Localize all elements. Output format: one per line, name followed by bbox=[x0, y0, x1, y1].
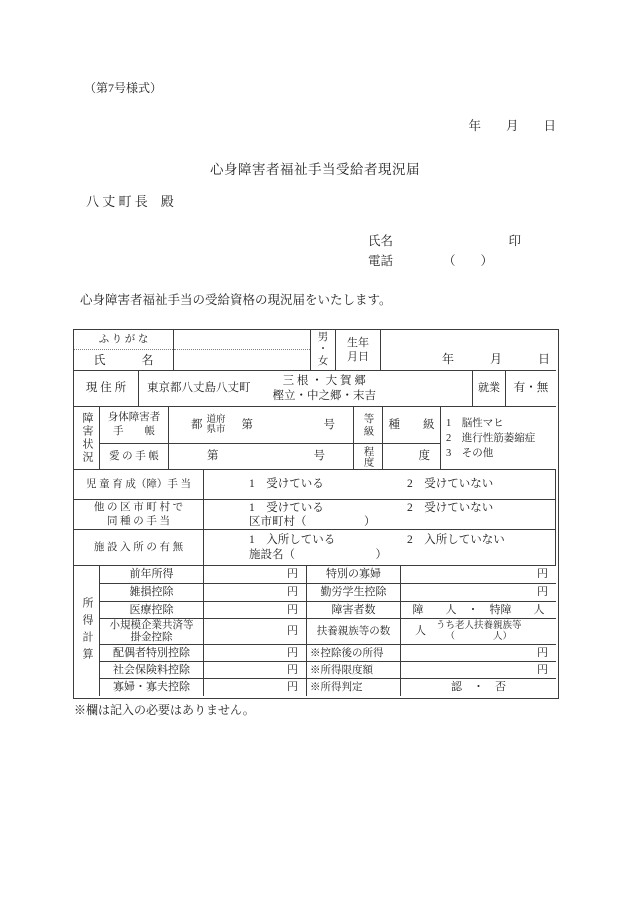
facility-option-line: 1 入所している 2 入所していない bbox=[249, 533, 505, 548]
birthdate-label-cell: 生年 月日 bbox=[336, 330, 381, 371]
name-label: 氏名 bbox=[368, 231, 393, 249]
other-city-opt2: 2 受けていない bbox=[407, 501, 493, 515]
degree-label: 程度 bbox=[361, 446, 376, 467]
shintai-techo-label-cell: 身体障害者 手 帳 bbox=[100, 407, 169, 444]
address-cell: 東京都八丈島八丈町 三 根 ・ 大 賀 郷 樫立・中之郷・末吉 bbox=[139, 371, 473, 407]
address-area-line1: 三 根 ・ 大 賀 郷 bbox=[273, 374, 377, 389]
date-line: 年 月 日 bbox=[468, 116, 556, 134]
disability-section-cell: 障害状況 bbox=[74, 407, 100, 470]
facility-label-cell: 施 設 入 所 の 有 無 bbox=[74, 530, 204, 566]
income-unit-cell: 円 bbox=[204, 645, 307, 662]
income-item-cell: 配偶者特別控除 bbox=[100, 645, 204, 662]
birthdate-blank-cell: 年 月 日 bbox=[381, 330, 556, 371]
income-item-cell: 社会保険料控除 bbox=[100, 662, 204, 679]
jido-opt2: 2 受けていない bbox=[407, 477, 493, 492]
income-unit-cell: 円 bbox=[204, 602, 307, 619]
income-value-cell: 円 bbox=[401, 584, 556, 602]
income-value-cell: 円 bbox=[401, 645, 556, 662]
jido-options-cell: 1 受けている 2 受けていない bbox=[204, 470, 556, 500]
document-page: （第7号様式） 年 月 日 心身障害者福祉手当受給者現況届 八 丈 町 長 殿 … bbox=[0, 0, 630, 915]
income-unit-cell: 円 bbox=[204, 679, 307, 696]
addressee: 八 丈 町 長 殿 bbox=[86, 191, 174, 210]
income-item-cell: 前年所得 bbox=[100, 566, 204, 584]
jido-label-cell: 児 童 育 成（障）手 当 bbox=[74, 470, 204, 500]
facility-sub: 施設名（ ） bbox=[249, 548, 387, 563]
form-number: （第7号様式） bbox=[84, 79, 162, 96]
income-label2-cell: ※所得判定 bbox=[307, 679, 401, 696]
dependents-count: 人 bbox=[415, 624, 426, 639]
techo-dofu-kenshi: 道府 県市 bbox=[207, 415, 226, 436]
footnote: ※欄は記入の必要はありません。 bbox=[74, 701, 255, 718]
other-city-sub: 区市町村（ ） bbox=[249, 515, 376, 529]
other-city-option-line: 1 受けている 2 受けていない bbox=[249, 501, 493, 515]
seal-label: 印 bbox=[508, 231, 521, 249]
address-area-line2: 樫立・中之郷・末吉 bbox=[273, 389, 377, 404]
income-value-cell: 障 人 ・ 特障 人 bbox=[401, 602, 556, 619]
techo-to: 都 bbox=[191, 418, 203, 433]
income-item-cell: 小規模企業共済等 掛金控除 bbox=[100, 619, 204, 645]
jido-opt1: 1 受けている bbox=[249, 477, 407, 492]
income-label2-cell: ※控除後の所得 bbox=[307, 645, 401, 662]
degree-blank-cell: 度 bbox=[383, 444, 441, 470]
furigana-label: ふ り が な bbox=[74, 330, 173, 350]
ai-go: 号 bbox=[314, 449, 326, 464]
income-label2-cell: 勤労学生控除 bbox=[307, 584, 401, 602]
income-value-cell: 円 bbox=[401, 662, 556, 679]
name-seal-line: 氏名 印 bbox=[368, 231, 521, 249]
facility-options-cell: 1 入所している 2 入所していない 施設名（ ） bbox=[204, 530, 556, 566]
ai-dai: 第 bbox=[207, 449, 219, 464]
grade-label: 等級 bbox=[361, 413, 376, 438]
page-title: 心身障害者福祉手当受給者現況届 bbox=[0, 158, 630, 178]
techo-go: 号 bbox=[324, 418, 336, 433]
income-unit-cell: 円 bbox=[204, 566, 307, 584]
employment-label-cell: 就業 bbox=[473, 371, 506, 407]
techo-dai: 第 bbox=[242, 418, 254, 433]
employment-options-cell: 有・無 bbox=[506, 371, 556, 407]
income-item-cell: 寡婦・寡夫控除 bbox=[100, 679, 204, 696]
name-input-cell bbox=[174, 330, 311, 371]
income-section-label: 所得計算 bbox=[79, 597, 94, 665]
phone-label: 電話 bbox=[368, 251, 393, 269]
degree-label-cell: 程度 bbox=[354, 444, 383, 470]
phone-line: 電話 （ ） bbox=[368, 251, 493, 269]
sex-cell: 男 ・ 女 bbox=[311, 330, 336, 371]
income-item-cell: 医療控除 bbox=[100, 602, 204, 619]
address-prefix: 東京都八丈島八丈町 bbox=[147, 381, 251, 396]
disability-types-cell: 1 脳性マヒ 2 進行性筋萎縮症 3 その他 bbox=[441, 407, 556, 470]
facility-opt1: 1 入所している bbox=[249, 533, 407, 548]
grade-label-cell: 等級 bbox=[354, 407, 383, 444]
phone-blank: （ ） bbox=[443, 251, 493, 269]
status-report-table: ふ り が な 氏 名 男 ・ 女 生年 月日 年 月 日 現 住 所 東京都八… bbox=[73, 329, 559, 699]
ai-techo-label-cell: 愛 の 手 帳 bbox=[100, 444, 169, 470]
income-unit-cell: 円 bbox=[204, 584, 307, 602]
declaration-text: 心身障害者福祉手当の受給資格の現況届をいたします。 bbox=[80, 290, 392, 308]
income-unit-cell: 円 bbox=[204, 619, 307, 645]
address-label-cell: 現 住 所 bbox=[74, 371, 139, 407]
elderly-dependents-note: うち老人扶養親族等 （ 人） bbox=[436, 621, 522, 642]
income-label2-cell: ※所得限度額 bbox=[307, 662, 401, 679]
other-city-label-cell: 他 の 区 市 町 村 で 同 種 の 手 当 bbox=[74, 500, 204, 530]
income-value-cell: 認 ・ 否 bbox=[401, 679, 556, 696]
name-field-label: 氏 名 bbox=[74, 350, 173, 370]
name-label-cell: ふ り が な 氏 名 bbox=[74, 330, 174, 371]
address-areas: 三 根 ・ 大 賀 郷 樫立・中之郷・末吉 bbox=[273, 374, 377, 404]
income-label2-cell: 特別の寡婦 bbox=[307, 566, 401, 584]
income-item-cell: 雑損控除 bbox=[100, 584, 204, 602]
income-section-cell: 所得計算 bbox=[74, 566, 100, 696]
income-value-cell: 人 うち老人扶養親族等 （ 人） bbox=[401, 619, 556, 645]
shintai-techo-number-cell: 都 道府 県市 第 号 bbox=[169, 407, 354, 444]
disability-section-label: 障害状況 bbox=[79, 412, 94, 464]
furigana-blank bbox=[174, 330, 310, 350]
income-unit-cell: 円 bbox=[204, 662, 307, 679]
other-city-options-cell: 1 受けている 2 受けていない 区市町村（ ） bbox=[204, 500, 556, 530]
income-label2-cell: 扶養親族等の数 bbox=[307, 619, 401, 645]
ai-techo-number-cell: 第 号 bbox=[169, 444, 354, 470]
facility-opt2: 2 入所していない bbox=[407, 533, 505, 548]
income-value-cell: 円 bbox=[401, 566, 556, 584]
grade-blank-cell: 種 級 bbox=[383, 407, 441, 444]
other-city-opt1: 1 受けている bbox=[249, 501, 407, 515]
income-label2-cell: 障害者数 bbox=[307, 602, 401, 619]
